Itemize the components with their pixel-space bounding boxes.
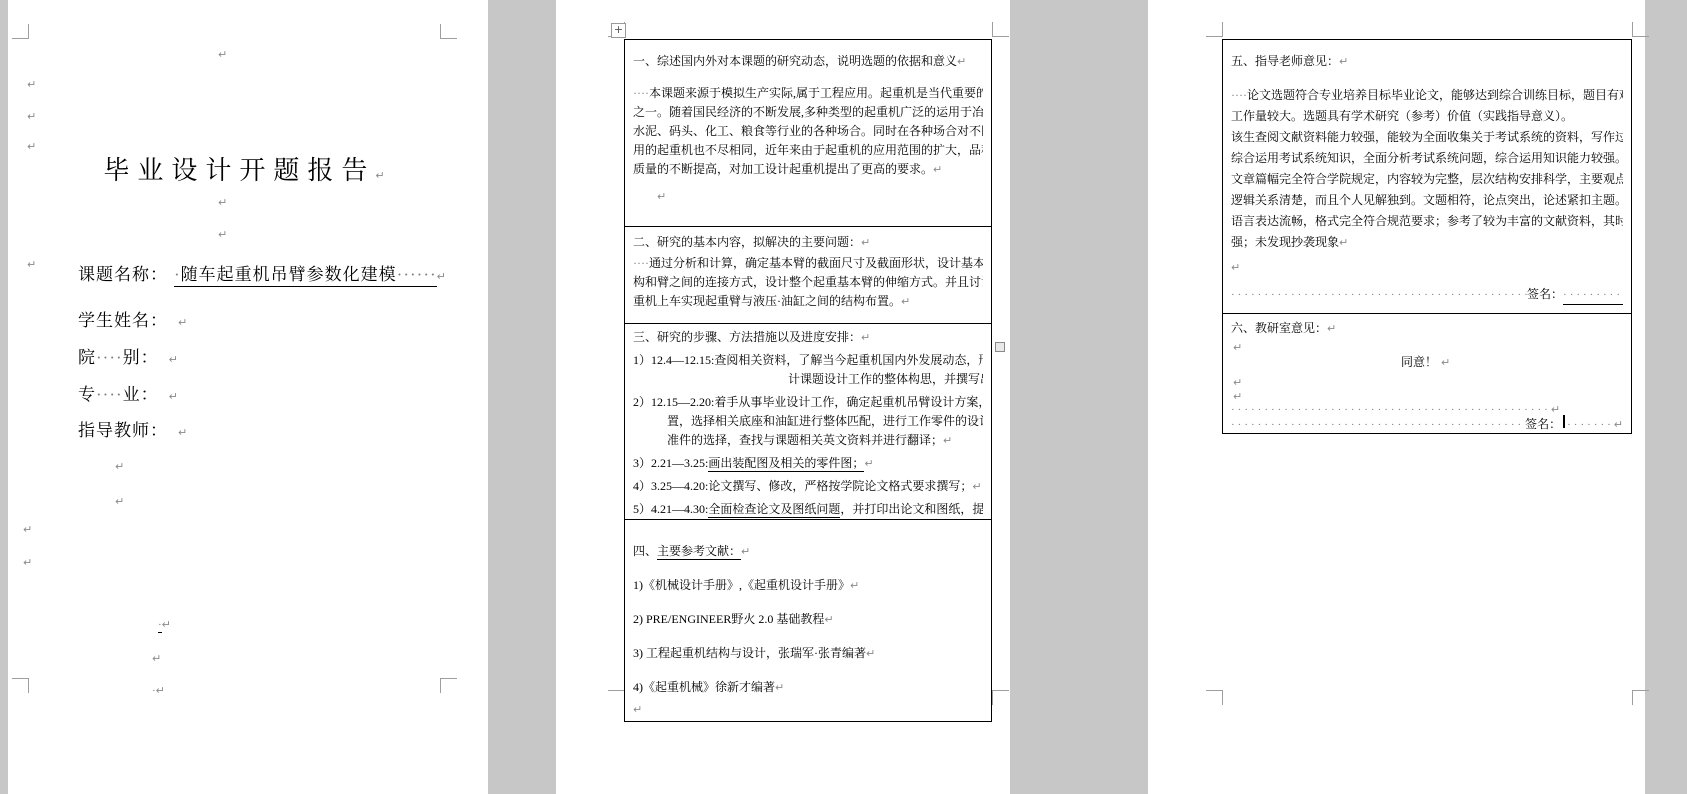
paragraph-mark: ↵ [23,523,32,536]
paragraph-mark: ↵ [27,110,36,123]
crop-mark-icon [440,678,457,693]
paragraph-mark: ↵ [866,647,875,660]
crop-mark-icon [12,24,29,39]
report-title-text: 毕业设计开题报告 [103,156,375,185]
paragraph-mark: ↵ [972,480,981,493]
paragraph-mark: ↵ [933,163,942,176]
space-dot-mark: ·↵ [152,684,165,697]
paragraph-mark: ↵ [741,545,750,558]
field-row-advisor[interactable]: 指导教师：↵ [78,416,188,441]
empty-paragraph: ↵ [1233,339,1623,355]
text-line: ····通过分析和计算，确定基本臂的截面尺寸及截面形状，设计基本臂的具体结 [633,254,983,273]
document-page-2[interactable]: + 一、综述国内外对本课题的研究动态，说明选题的依据和意义↵ ····本课题来源… [556,0,1010,794]
field-row-major[interactable]: 专····业：↵ [78,380,179,405]
paragraph-mark: ↵ [169,390,179,403]
crop-mark-icon [1206,22,1223,37]
paragraph-mark: ↵ [861,236,870,249]
signature-label: 签名： [1527,286,1563,302]
cell-research-schedule[interactable]: 三、研究的步骤、方法措施以及进度安排：↵ 1）12.4—12.15:查阅相关资料… [625,324,991,520]
paragraph-mark: ↵ [1614,417,1623,431]
dotted-leader: ········································… [1231,287,1527,303]
topic-value: ·随车起重机吊臂参数化建模······ [174,260,437,287]
dotted-leader: ········································… [1231,417,1525,431]
office-signature-line: ········································… [1231,415,1623,431]
paragraph-mark: ↵ [864,457,873,470]
empty-paragraph: ↵ [1231,259,1623,276]
paragraph-mark: ↵ [218,48,227,61]
paragraph-mark: ↵ [1231,261,1240,274]
paragraph-mark: ↵ [943,434,952,447]
section-heading: 五、指导老师意见：↵ [1231,52,1623,71]
cell-advisor-opinion[interactable]: 五、指导老师意见：↵ ····论文选题符合专业培养目标毕业论文，能够达到综合训练… [1223,40,1631,314]
signature-blank[interactable]: ········· [1563,287,1623,305]
text-line: 文章篇幅完全符合学院规定，内容较为完整，层次结构安排科学，主要观点突出， [1231,169,1623,190]
paragraph-mark: ↵ [115,495,124,508]
word-document-canvas: ↵ ↵ ↵ ↵ 毕业设计开题报告↵ ↵ ↵ ↵ 课题名称：·随车起重机吊臂参数化… [0,0,1687,794]
reference-item: 4)《起重机械》徐新才编著↵ [633,678,983,697]
text-line: 强；未发现抄袭现象↵ [1231,232,1623,253]
empty-underline-mark: ·↵ [158,618,171,631]
field-label: 院····别： [78,348,159,367]
schedule-item-cont: 计课题设计工作的整体构思，并撰写出开题报告；↵ [788,370,983,389]
text-line: 工作量较大。选题具有学术研究（参考）价值（实践指导意义）。 [1231,106,1623,127]
crop-mark-icon [1632,690,1649,705]
office-opinion-text: 同意！↵ [1401,354,1623,370]
paragraph-mark: ↵ [657,190,666,203]
paragraph-mark: ↵ [27,258,36,271]
schedule-item: 4）3.25—4.20:论文撰写、修改，严格按学院论文格式要求撰写；↵ [633,477,983,496]
text-line: 语言表达流畅，格式完全符合规范要求；参考了较为丰富的文献资料，其时效性较 [1231,211,1623,232]
text-cursor [1563,415,1565,428]
crop-mark-icon [608,690,625,705]
section-heading: 四、主要参考文献：↵ [633,542,983,561]
advisor-signature-line: ········································… [1231,286,1623,305]
text-line: 该生查阅文献资料能力较强，能较为全面收集关于考试系统的资料，写作过程中能 [1231,127,1623,148]
field-label: 专····业： [78,385,159,404]
schedule-item-cont: 置，选择相关底座和油缸进行整体匹配，进行工作零件的设计与计算，标 [667,412,983,431]
section-heading: 六、教研室意见：↵ [1231,320,1623,336]
paragraph-mark: ↵ [1233,341,1242,354]
paragraph-mark: ↵ [115,460,124,473]
paragraph-mark: ↵ [178,316,188,329]
paragraph-mark: ↵ [824,613,833,626]
text-line: 之一。随着国民经济的不断发展,多种类型的起重机广泛的运用于冶金、矿山、 [633,103,983,122]
paragraph-mark: ↵ [27,78,36,91]
schedule-item-cont: 准件的选择，查找与课题相关英文资料并进行翻译；↵ [667,431,983,450]
field-label: 指导教师： [78,421,168,440]
text-line: ····本课题来源于模拟生产实际,属于工程应用。起重机是当代重要的起重设备 [633,84,983,103]
empty-paragraph: ↵ [633,700,983,719]
crop-mark-icon [440,24,457,39]
field-label: 学生姓名： [78,311,168,330]
table-move-handle-icon[interactable]: + [611,23,626,38]
text-line: 质量的不断提高，对加工设计起重机提出了更高的要求。↵ [633,160,983,179]
paragraph-mark: ↵ [1339,55,1348,68]
paragraph-mark: ↵ [169,353,179,366]
table-resize-handle[interactable] [995,342,1005,352]
paragraph-mark: ↵ [152,652,161,665]
signature-label: 签名： [1525,416,1561,431]
reference-item: 2) PRE/ENGINEER野火 2.0 基础教程↵ [633,610,983,629]
document-page-3[interactable]: 五、指导老师意见：↵ ····论文选题符合专业培养目标毕业论文，能够达到综合训练… [1148,0,1645,794]
paragraph-mark: ↵ [1327,322,1336,335]
paragraph-mark: ↵ [775,681,784,694]
paragraph-mark: ↵ [375,169,392,182]
paragraph-mark: ↵ [178,426,188,439]
document-page-1[interactable]: ↵ ↵ ↵ ↵ 毕业设计开题报告↵ ↵ ↵ ↵ 课题名称：·随车起重机吊臂参数化… [8,0,488,794]
paragraph-mark: ↵ [1441,356,1450,369]
field-label: 课题名称： [78,265,168,284]
crop-mark-icon [1632,22,1649,37]
report-title: 毕业设计开题报告↵ [8,150,488,187]
section-heading: 三、研究的步骤、方法措施以及进度安排：↵ [633,328,983,347]
crop-mark-icon [992,22,1009,37]
schedule-item: 3）2.21—3.25:画出装配图及相关的零件图；↵ [633,454,983,473]
text-line: 构和臂之间的连接方式，设计整个起重基本臂的伸缩方式。并且讨论分析随车起 [633,273,983,292]
paragraph-mark: ↵ [218,228,227,241]
crop-mark-icon [992,690,1009,705]
paragraph-mark: ↵ [23,556,32,569]
reference-item: 3) 工程起重机结构与设计，张瑞军·张青编著↵ [633,644,983,663]
schedule-item: 5）4.21—4.30:全面检查论文及图纸问题，并打印出论文和图纸，提交初稿。↵ [633,500,983,519]
cell-references[interactable]: 四、主要参考文献：↵ 1)《机械设计手册》,《起重机设计手册》↵ 2) PRE/… [625,520,991,721]
paragraph-mark: ↵ [218,196,227,209]
cell-research-overview[interactable]: 一、综述国内外对本课题的研究动态，说明选题的依据和意义↵ ····本课题来源于模… [625,40,991,227]
paragraph-mark: ↵ [437,270,447,283]
text-line: ····论文选题符合专业培养目标毕业论文，能够达到综合训练目标，题目有难度， [1231,85,1623,106]
crop-mark-icon [12,678,29,693]
text-line: 逻辑关系清楚，而且个人见解独到。文题相符，论点突出，论述紧扣主题。 [1231,190,1623,211]
paragraph-mark: ↵ [633,703,642,716]
proposal-table: 一、综述国内外对本课题的研究动态，说明选题的依据和意义↵ ····本课题来源于模… [624,39,992,722]
cell-office-opinion[interactable]: 六、教研室意见：↵ ↵ 同意！↵ ↵ ↵ ···················… [1223,314,1631,434]
paragraph-mark: ↵ [1339,236,1348,249]
schedule-item: 2）12.15—2.20:着手从事毕业设计工作，确定起重机吊臂设计方案，进行整体… [633,393,983,412]
paragraph-mark: ↵ [861,331,870,344]
cell-research-content[interactable]: 二、研究的基本内容，拟解决的主要问题：↵ ····通过分析和计算，确定基本臂的截… [625,227,991,324]
section-heading: 二、研究的基本内容，拟解决的主要问题：↵ [633,233,983,252]
signature-blank[interactable]: ······· [1567,417,1614,431]
text-line: 综合运用考试系统知识，全面分析考试系统问题，综合运用知识能力较强。 [1231,148,1623,169]
paragraph-mark: ↵ [850,579,859,592]
field-row-department[interactable]: 院····别：↵ [78,343,179,368]
paragraph-mark: ↵ [957,55,966,68]
field-row-topic[interactable]: 课题名称：·随车起重机吊臂参数化建模······↵ [78,260,447,287]
paragraph-mark: ↵ [901,295,910,308]
reference-item: 1)《机械设计手册》,《起重机设计手册》↵ [633,576,983,595]
field-row-student-name[interactable]: 学生姓名：↵ [78,306,188,331]
text-line: 用的起重机也不尽相同，近年来由于起重机的应用范围的扩大，品种的增多以及 [633,141,983,160]
text-line: 水泥、码头、化工、粮食等行业的各种场合。同时在各种场合对不同的工况所使 [633,122,983,141]
text-line: 重机上车实现起重臂与液压·油缸之间的结构布置。↵ [633,292,983,311]
section-heading: 一、综述国内外对本课题的研究动态，说明选题的依据和意义↵ [633,52,983,71]
schedule-item: 1）12.4—12.15:查阅相关资料，了解当今起重机国内外发展动态，形成对毕业… [633,351,983,370]
empty-paragraph: ↵ [657,187,983,206]
crop-mark-icon [1206,690,1223,705]
opinions-table: 五、指导老师意见：↵ ····论文选题符合专业培养目标毕业论文，能够达到综合训练… [1222,39,1632,434]
